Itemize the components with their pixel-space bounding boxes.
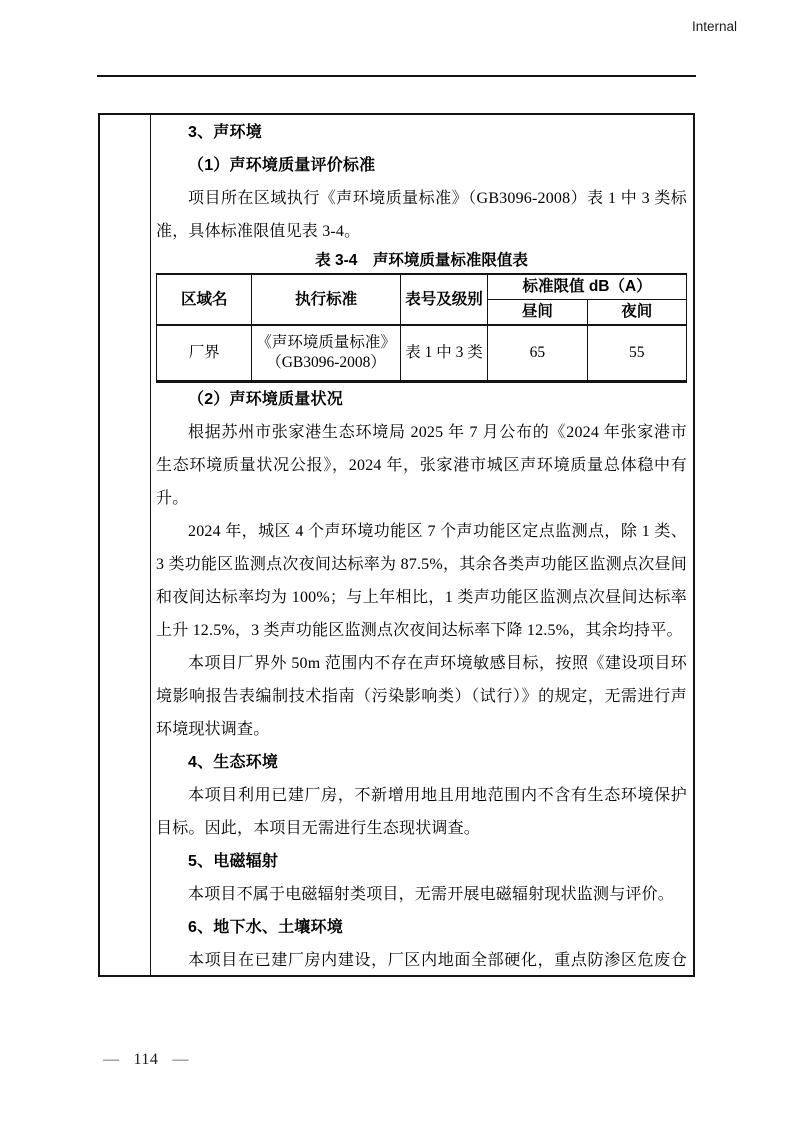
page-number-dash-left: — [103,1051,120,1068]
cell-standard: 《声环境质量标准》 （GB3096-2008） [252,325,400,382]
paragraph-monitoring-rates: 2024 年，城区 4 个声环境功能区 7 个声功能区定点监测点，除 1 类、3… [156,515,687,647]
document-body: 3、声环境 （1）声环境质量评价标准 项目所在区域执行《声环境质量标准》（GB3… [151,115,693,975]
paragraph-groundwater-soil: 本项目在已建厂房内建设，厂区内地面全部硬化，重点防渗区危废仓库、油品仓库、清洗区… [156,944,687,975]
heading-sound-environment: 3、声环境 [156,116,687,149]
internal-watermark: Internal [692,19,737,34]
page-number: —114— [103,1051,189,1069]
paragraph-no-noise-survey: 本项目厂界外 50m 范围内不存在声环境敏感目标，按照《建设项目环境影响报告表编… [156,647,687,746]
heading-sound-quality-standard: （1）声环境质量评价标准 [156,149,687,182]
heading-electromagnetic: 5、电磁辐射 [156,845,687,878]
page-number-dash-right: — [172,1051,189,1068]
col-header-night: 夜间 [587,300,686,326]
table-caption: 表 3-4 声环境质量标准限值表 [156,248,687,273]
page-number-value: 114 [134,1051,159,1068]
paragraph-bulletin: 根据苏州市张家港生态环境局 2025 年 7 月公布的《2024 年张家港市生态… [156,416,687,515]
paragraph-electromagnetic: 本项目不属于电磁辐射类项目，无需开展电磁辐射现状监测与评价。 [156,878,687,911]
cell-night-limit: 55 [587,325,686,382]
cell-region: 厂界 [157,325,252,382]
col-header-table-class: 表号及级别 [400,274,487,325]
cell-day-limit: 65 [488,325,587,382]
form-stub-column [100,115,151,975]
col-header-limit: 标准限值 dB（A） [488,274,687,300]
heading-groundwater-soil: 6、地下水、土壤环境 [156,911,687,944]
heading-sound-quality-status: （2）声环境质量状况 [156,383,687,416]
form-content-box: 3、声环境 （1）声环境质量评价标准 项目所在区域执行《声环境质量标准》（GB3… [98,113,695,977]
header-rule [97,75,696,77]
col-header-standard: 执行标准 [252,274,400,325]
cell-table-class: 表 1 中 3 类 [400,325,487,382]
heading-ecology: 4、生态环境 [156,746,687,779]
paragraph-ecology: 本项目利用已建厂房，不新增用地且用地范围内不含有生态环境保护目标。因此，本项目无… [156,779,687,845]
col-header-region: 区域名 [157,274,252,325]
table-row: 厂界 《声环境质量标准》 （GB3096-2008） 表 1 中 3 类 65 … [157,325,687,382]
cell-standard-line1: 《声环境质量标准》 [256,334,396,351]
noise-standard-table: 区域名 执行标准 表号及级别 标准限值 dB（A） 昼间 夜间 厂界 《声环境质… [156,273,687,383]
paragraph-standard-applied: 项目所在区域执行《声环境质量标准》（GB3096-2008）表 1 中 3 类标… [156,182,687,248]
cell-standard-line2: （GB3096-2008） [266,354,386,371]
col-header-day: 昼间 [488,300,587,326]
